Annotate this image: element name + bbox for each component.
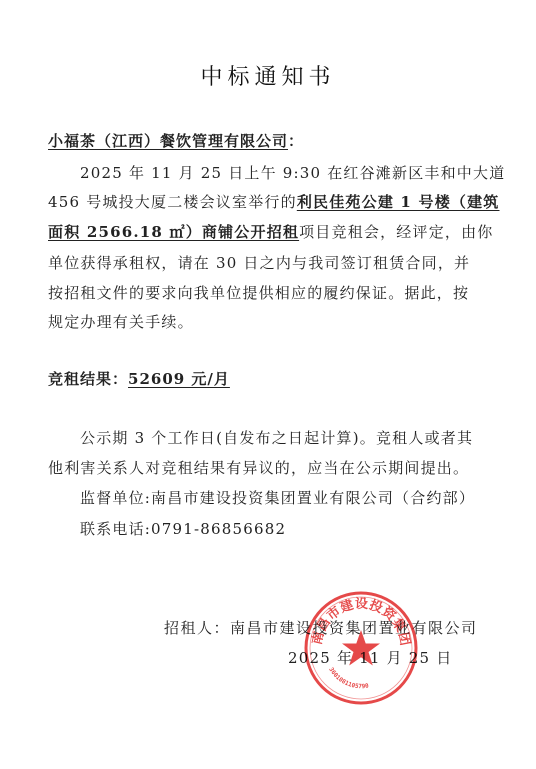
body-line-2: 456 号城投大厦二楼会议室举行的利民佳苑公建 1 号楼（建筑 — [48, 191, 500, 212]
body-line-6: 规定办理有关手续。 — [48, 311, 194, 332]
addressee-name: 小福茶（江西）餐饮管理有限公司 — [48, 132, 288, 150]
body-text: 2025 年 11 月 25 日上午 9:30 在红谷滩新区丰和中大道 — [80, 164, 505, 182]
project-name-highlight: 利民佳苑公建 1 号楼（建筑 — [297, 193, 500, 211]
bid-result: 竞租结果：52609 元/月 — [48, 368, 244, 389]
body-line-1: 2025 年 11 月 25 日上午 9:30 在红谷滩新区丰和中大道 — [80, 162, 505, 183]
body-line-3: 面积 2566.18 ㎡）商铺公开招租项目竞租会，经评定，由你 — [48, 221, 494, 242]
addressee: 小福茶（江西）餐饮管理有限公司： — [48, 130, 304, 151]
body-line-5: 按招租文件的要求向我单位提供相应的履约保证。据此，按 — [48, 282, 469, 303]
addressee-colon: ： — [288, 132, 304, 150]
notice-line-2: 他利害关系人对竞租结果有异议的，应当在公示期间提出。 — [48, 457, 469, 478]
body-text: 单位获得承租权，请在 30 日之内与我司签订租赁合同，并 — [48, 254, 470, 272]
official-seal-icon: 南昌市建设投资集团置业有限公司 3601081105790 — [303, 590, 419, 706]
project-name-highlight: 面积 2566.18 ㎡）商铺公开招租 — [48, 223, 299, 241]
notice-line-1: 公示期 3 个工作日(自发布之日起计算)。竞租人或者其 — [80, 427, 473, 448]
body-line-4: 单位获得承租权，请在 30 日之内与我司签订租赁合同，并 — [48, 252, 470, 273]
svg-text:3601081105790: 3601081105790 — [327, 666, 369, 690]
body-text: 456 号城投大厦二楼会议室举行的 — [48, 193, 297, 211]
body-text: 项目竞租会，经评定，由你 — [299, 223, 493, 241]
bid-result-value: 52609 元/月 — [128, 370, 244, 388]
bid-result-label: 竞租结果： — [48, 370, 128, 388]
contact-phone-line: 联系电话:0791-86856682 — [80, 518, 286, 539]
document-title: 中标通知书 — [0, 60, 536, 91]
body-text: 按招租文件的要求向我单位提供相应的履约保证。据此，按 — [48, 284, 469, 302]
body-text: 规定办理有关手续。 — [48, 313, 194, 331]
supervisor-line: 监督单位:南昌市建设投资集团置业有限公司（合约部） — [80, 487, 475, 508]
